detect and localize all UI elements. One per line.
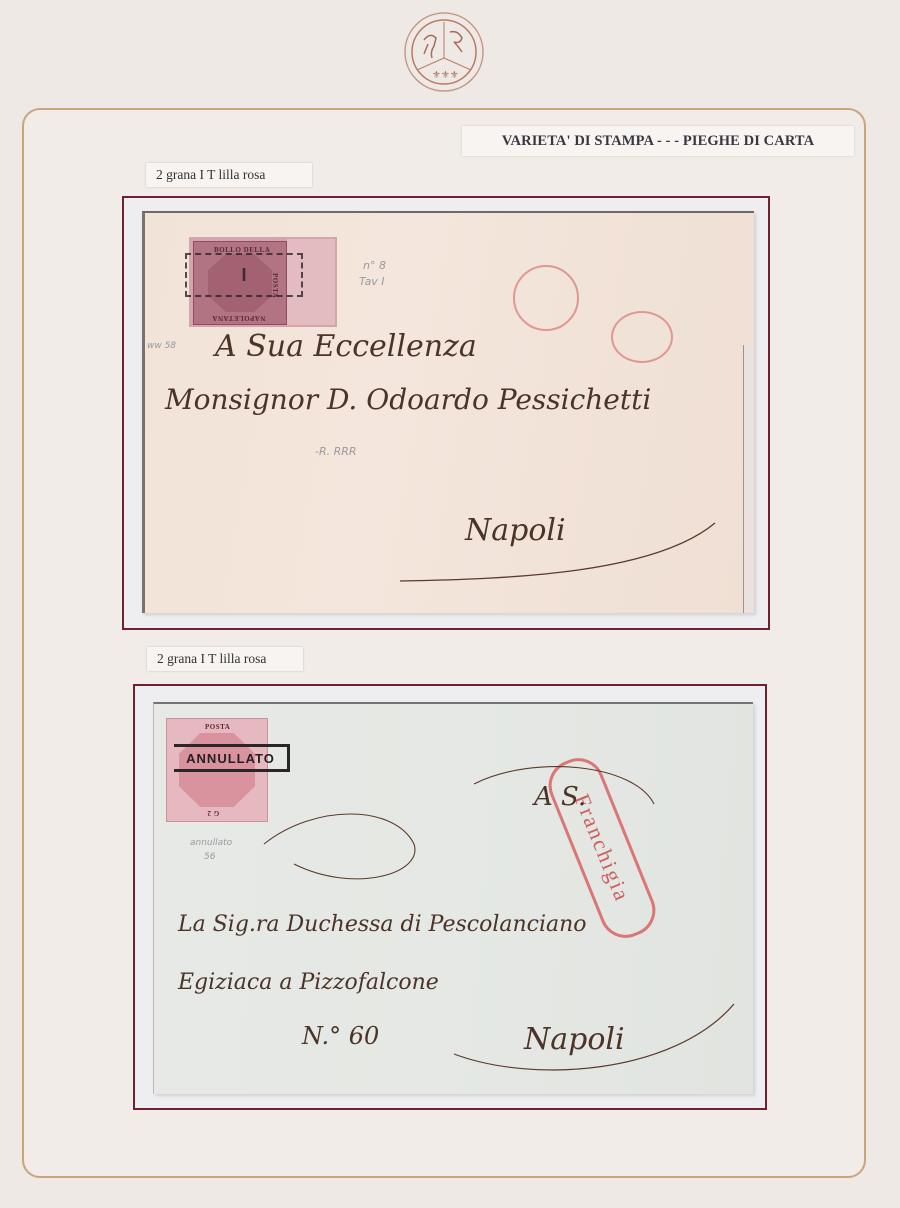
pencil-note: n° 8 [363, 259, 386, 272]
coat-of-arms-emblem: ⚜⚜⚜ [402, 10, 486, 94]
cover-caption-2: 2 grana I T lilla rosa [147, 647, 303, 671]
red-postmark-faint [513, 265, 579, 331]
pencil-note: 56 [204, 852, 215, 862]
flourish-underline [395, 513, 725, 593]
paper-fold [743, 345, 754, 613]
cover-letter-1[interactable]: BOLLO DELLA NAPOLETANA POSTA I n° 8 Tav … [142, 211, 754, 613]
svg-text:⚜⚜⚜: ⚜⚜⚜ [432, 70, 459, 81]
cover-caption-1: 2 grana I T lilla rosa [146, 163, 312, 187]
pencil-note: ww 58 [147, 341, 176, 351]
cancel-frame-1: I [185, 253, 303, 297]
pencil-note: -R. RRR [315, 445, 357, 458]
flourish-strokes [234, 744, 753, 1094]
cancel-text: I [241, 265, 246, 286]
stamp-bottom-text: G 2 [207, 809, 219, 817]
address-line: A Sua Eccellenza [215, 329, 477, 364]
address-line: Monsignor D. Odoardo Pessichetti [165, 383, 651, 416]
stamp-bottom-text: NAPOLETANA [212, 314, 265, 322]
red-postmark-faint [611, 311, 673, 363]
pencil-note: Tav I [359, 275, 385, 288]
pencil-note: annullato [190, 838, 232, 848]
stamp-top-text: POSTA [205, 723, 230, 731]
section-title: VARIETA' DI STAMPA - - - PIEGHE DI CARTA [462, 126, 854, 156]
cover-letter-2[interactable]: POSTA G 2 ANNULLATO annullato 56 Franchi… [153, 702, 753, 1094]
